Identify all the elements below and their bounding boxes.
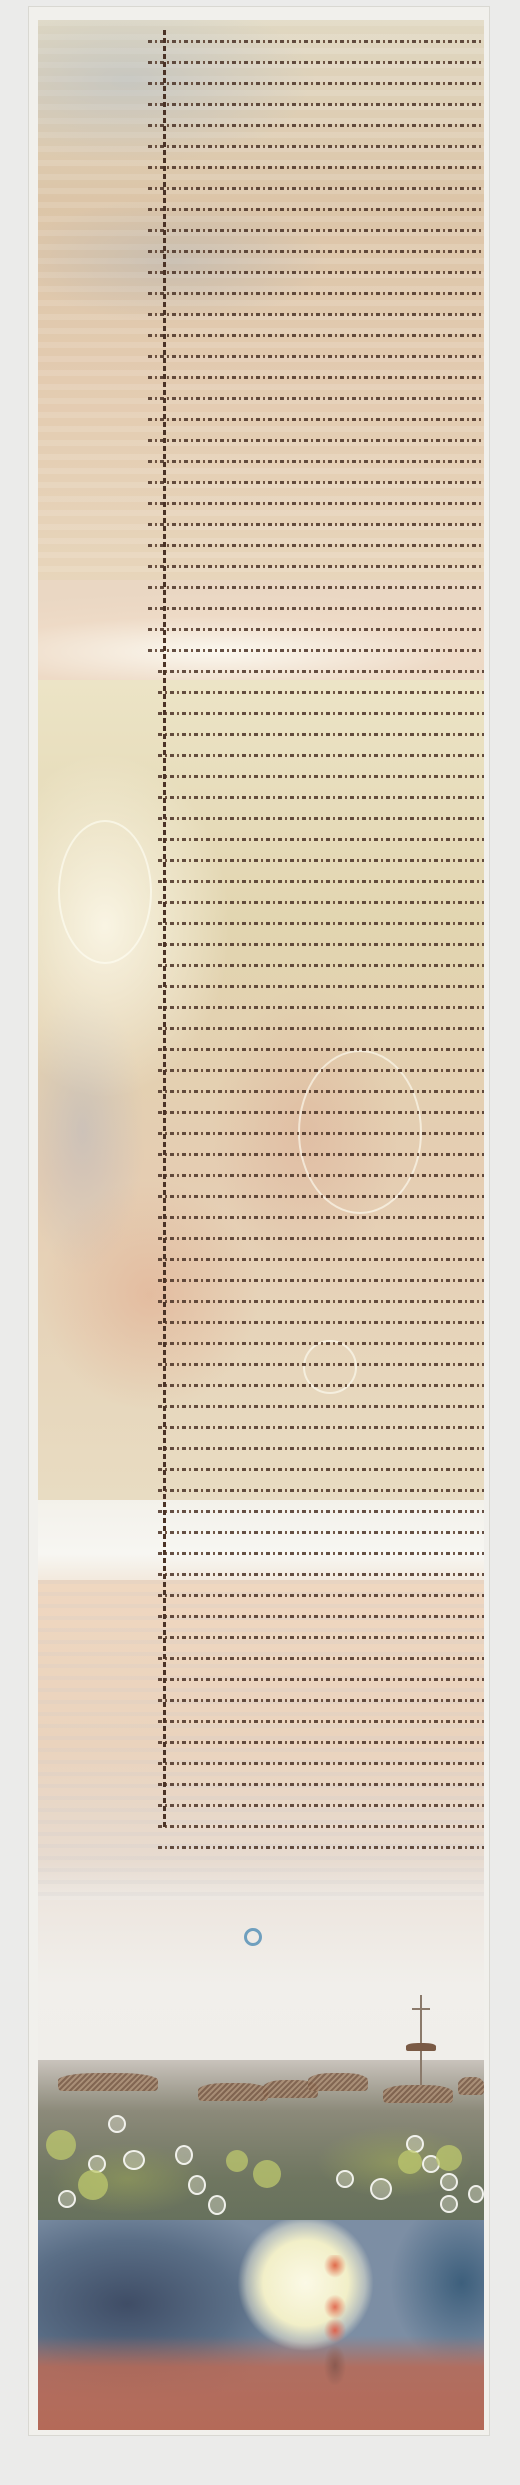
dotted-line	[158, 1489, 484, 1492]
moon-water-band	[38, 2220, 484, 2430]
dotted-line	[158, 1090, 484, 1093]
dotted-line	[148, 229, 484, 232]
dotted-line	[158, 1111, 484, 1114]
dotted-line	[158, 775, 484, 778]
dotted-line	[158, 1132, 484, 1135]
dotted-line	[148, 124, 484, 127]
dotted-line	[148, 607, 484, 610]
dotted-line	[158, 1258, 484, 1261]
dotted-line	[148, 166, 484, 169]
dotted-line	[158, 691, 484, 694]
dotted-line	[148, 313, 484, 316]
dotted-line	[158, 1678, 484, 1681]
dotted-line	[148, 649, 484, 652]
dotted-line	[148, 145, 484, 148]
dotted-line	[158, 1741, 484, 1744]
white-band	[38, 1500, 484, 1590]
dotted-line	[148, 271, 484, 274]
dotted-line	[158, 1615, 484, 1618]
dotted-line	[148, 208, 484, 211]
dotted-line	[148, 418, 484, 421]
dotted-line	[158, 1783, 484, 1786]
dotted-line	[148, 397, 484, 400]
dotted-line	[158, 1699, 484, 1702]
dotted-line	[158, 1447, 484, 1450]
dotted-line	[158, 838, 484, 841]
dotted-line	[158, 1342, 484, 1345]
vertical-ink-spine	[163, 30, 166, 1830]
dotted-line	[148, 460, 484, 463]
dotted-line	[158, 1300, 484, 1303]
dotted-line	[158, 880, 484, 883]
dotted-line	[158, 1720, 484, 1723]
dotted-line	[148, 376, 484, 379]
dotted-line	[158, 796, 484, 799]
mast-roof	[406, 2043, 436, 2051]
dotted-line	[148, 103, 484, 106]
dotted-line	[148, 586, 484, 589]
dotted-line	[158, 964, 484, 967]
dotted-line	[158, 754, 484, 757]
dotted-line	[148, 628, 484, 631]
dotted-line	[158, 1531, 484, 1534]
roofline	[38, 2065, 484, 2125]
dotted-line	[158, 1657, 484, 1660]
dotted-line	[158, 1573, 484, 1576]
dotted-line	[158, 1027, 484, 1030]
dotted-line	[158, 922, 484, 925]
dotted-line	[158, 1825, 484, 1828]
blue-ring	[244, 1928, 262, 1946]
dotted-line	[148, 502, 484, 505]
dotted-line	[158, 1216, 484, 1219]
dotted-line	[158, 901, 484, 904]
dotted-line	[148, 61, 484, 64]
dotted-line	[148, 82, 484, 85]
dotted-line	[158, 1552, 484, 1555]
dotted-line	[158, 1069, 484, 1072]
dotted-line	[158, 1636, 484, 1639]
dotted-line	[158, 1804, 484, 1807]
dotted-line	[148, 439, 484, 442]
dotted-line	[158, 1762, 484, 1765]
dotted-line	[148, 187, 484, 190]
dotted-line	[158, 733, 484, 736]
dotted-line	[158, 712, 484, 715]
dotted-line	[158, 1363, 484, 1366]
dotted-line	[158, 859, 484, 862]
dotted-line	[158, 1279, 484, 1282]
dotted-line	[148, 481, 484, 484]
dotted-line	[158, 1048, 484, 1051]
dotted-line	[148, 544, 484, 547]
dotted-line	[158, 1846, 484, 1849]
dotted-line	[158, 1426, 484, 1429]
dotted-line	[158, 1510, 484, 1513]
dotted-line	[158, 1153, 484, 1156]
painting: 天道酬勤	[38, 20, 484, 2430]
dotted-line	[158, 1321, 484, 1324]
mast-cross	[412, 2008, 430, 2010]
dotted-line	[158, 985, 484, 988]
dotted-line	[158, 1594, 484, 1597]
red-figure	[321, 2255, 349, 2385]
dotted-line	[158, 1195, 484, 1198]
dotted-line	[148, 523, 484, 526]
ghost-figure	[58, 820, 152, 964]
dotted-line	[148, 334, 484, 337]
dotted-line	[158, 1174, 484, 1177]
peach-wash	[38, 1580, 484, 1910]
dotted-line	[158, 1468, 484, 1471]
dotted-line	[148, 565, 484, 568]
dotted-line	[158, 1237, 484, 1240]
dotted-line	[148, 250, 484, 253]
upper-wash	[38, 20, 484, 620]
dotted-line	[148, 40, 484, 43]
dotted-line	[158, 1405, 484, 1408]
dotted-line	[158, 670, 484, 673]
dotted-line	[148, 355, 484, 358]
dotted-line	[158, 1384, 484, 1387]
dotted-line	[158, 1006, 484, 1009]
dotted-line	[158, 817, 484, 820]
dotted-line	[158, 943, 484, 946]
dotted-line	[148, 292, 484, 295]
